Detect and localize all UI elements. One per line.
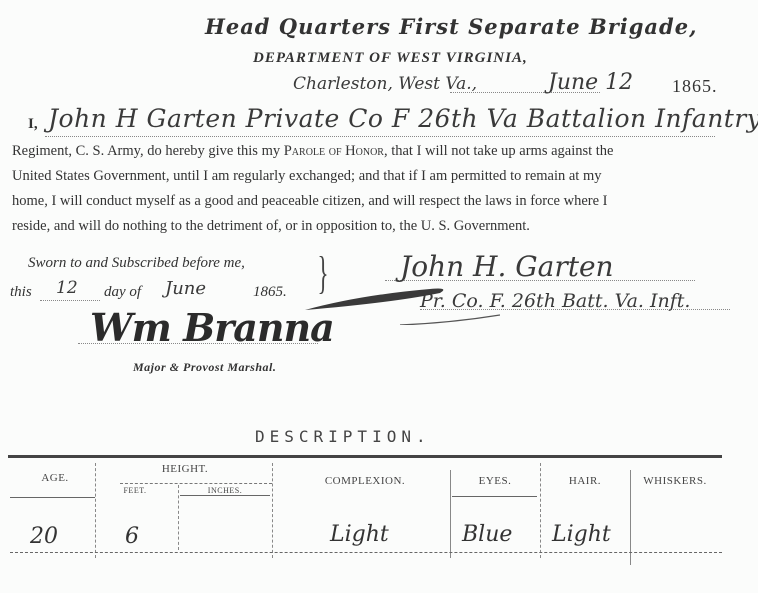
oath-line-1-a: Regiment, C. S. Army, do hereby give thi…	[12, 143, 284, 159]
oath-line-2: United States Government, until I am reg…	[12, 168, 602, 185]
inches-header-underline	[180, 495, 270, 496]
col-divider-complexion	[450, 470, 451, 558]
sworn-day-handwritten: 12	[56, 278, 78, 298]
eyes-header-underline	[452, 496, 537, 497]
name-line	[45, 136, 715, 137]
officer-title: Major & Provost Marshal.	[133, 360, 276, 375]
value-hair: Light	[552, 522, 611, 547]
header-hair: HAIR.	[555, 475, 615, 487]
sworn-month-handwritten: June	[165, 278, 206, 299]
oath-line-1: Regiment, C. S. Army, do hereby give thi…	[12, 143, 614, 160]
col-divider-height	[272, 463, 273, 558]
date-handwritten: June 12	[548, 70, 633, 95]
sworn-this-label: this	[10, 284, 32, 301]
signatory-unit: Pr. Co. F. 26th Batt. Va. Inft.	[420, 290, 690, 312]
year-text: 1865.	[672, 76, 718, 97]
officer-signature-line	[78, 343, 318, 344]
header-inches: INCHES.	[195, 486, 255, 495]
oath-line-4: reside, and will do nothing to the detri…	[12, 218, 530, 235]
height-subheader-line	[120, 483, 272, 484]
sworn-line: Sworn to and Subscribed before me,	[28, 255, 245, 272]
header-height: HEIGHT.	[145, 463, 225, 475]
department-heading: DEPARTMENT OF WEST VIRGINIA,	[253, 50, 528, 67]
col-divider-age	[95, 463, 96, 558]
oath-line-1-b: , that I will not take up arms against t…	[384, 143, 614, 159]
sworn-year: 1865.	[253, 284, 287, 301]
age-header-underline	[10, 497, 95, 498]
value-age: 20	[30, 524, 58, 549]
sworn-day-of-label: day of	[104, 284, 141, 301]
header-age: AGE.	[30, 472, 80, 484]
header-feet: FEET.	[115, 486, 155, 495]
value-feet: 6	[125, 524, 139, 549]
signatory-signature: John H. Garten	[400, 250, 614, 283]
parole-of-honor: Parole of Honor	[284, 143, 384, 159]
name-handwritten: John H Garten Private Co F 26th Va Batta…	[48, 104, 758, 133]
value-complexion: Light	[330, 522, 389, 547]
header-whiskers: WHISKERS.	[635, 475, 715, 487]
description-title: DESCRIPTION.	[255, 427, 431, 446]
header-complexion: COMPLEXION.	[310, 475, 420, 487]
col-divider-eyes	[540, 463, 541, 558]
headquarters-heading: Head Quarters First Separate Brigade,	[205, 14, 697, 39]
description-top-rule	[8, 455, 722, 458]
col-divider-hair	[630, 470, 631, 565]
oath-prefix: I,	[28, 116, 38, 133]
sworn-day-line	[40, 300, 100, 301]
value-eyes: Blue	[462, 522, 512, 547]
col-divider-feet	[178, 485, 179, 550]
oath-line-3: home, I will conduct myself as a good an…	[12, 193, 607, 210]
header-eyes: EYES.	[465, 475, 525, 487]
values-row-line	[10, 552, 722, 553]
place-text: Charleston, West Va.,	[293, 74, 477, 94]
